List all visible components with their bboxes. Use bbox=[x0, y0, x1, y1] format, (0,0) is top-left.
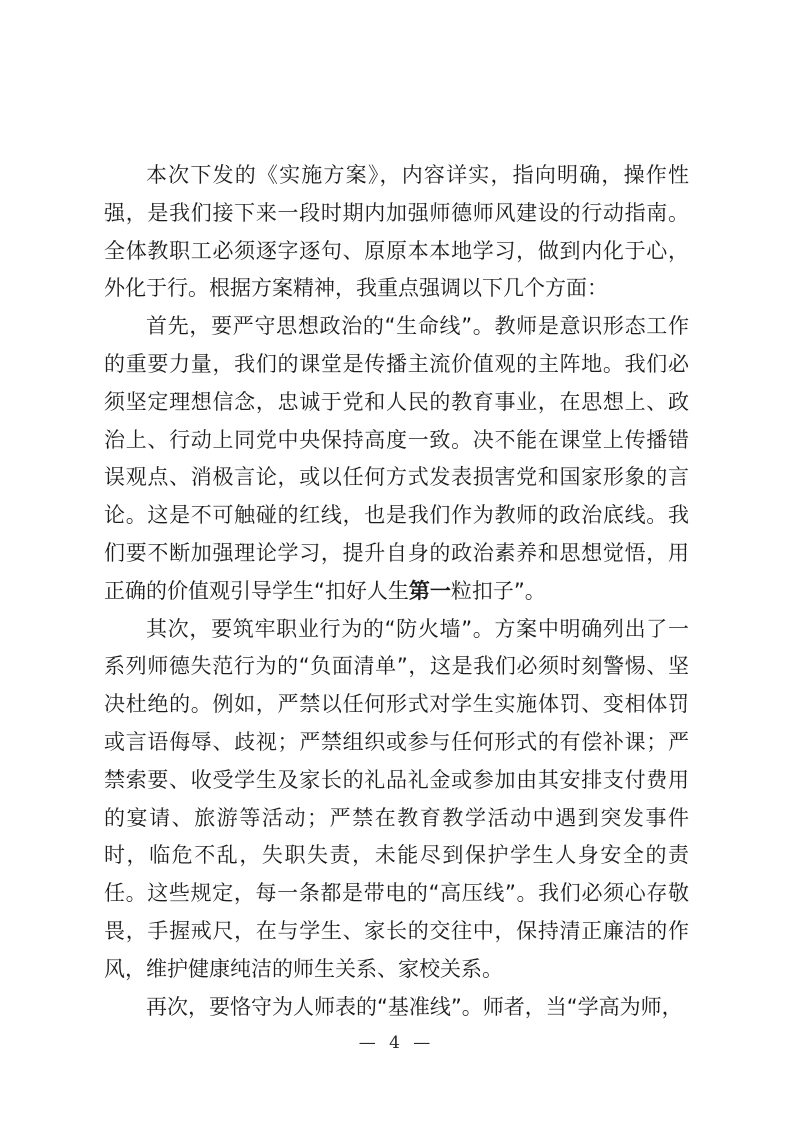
paragraph-third-point: 再次，要恪守为人师表的“基准线”。师者，当“学高为师， bbox=[104, 989, 689, 1027]
paragraph-second-point: 其次，要筑牢职业行为的“防火墙”。方案中明确列出了一系列师德失范行为的“负面清单… bbox=[104, 611, 689, 989]
document-page: 本次下发的《实施方案》，内容详实，指向明确，操作性强，是我们接下来一段时期内加强… bbox=[0, 0, 793, 1122]
paragraph-first-point-pre: 首先，要严守思想政治的“生命线”。教师是意识形态工作的重要力量，我们的课堂是传播… bbox=[104, 314, 689, 603]
paragraph-intro: 本次下发的《实施方案》，内容详实，指向明确，操作性强，是我们接下来一段时期内加强… bbox=[104, 157, 689, 308]
bold-phrase-diyi: 第一 bbox=[409, 579, 451, 603]
page-number: — 4 — bbox=[0, 1031, 793, 1055]
paragraph-first-point: 首先，要严守思想政治的“生命线”。教师是意识形态工作的重要力量，我们的课堂是传播… bbox=[104, 308, 689, 610]
document-body: 本次下发的《实施方案》，内容详实，指向明确，操作性强，是我们接下来一段时期内加强… bbox=[104, 157, 689, 1026]
paragraph-first-point-post: 粒扣子”。 bbox=[451, 579, 546, 603]
